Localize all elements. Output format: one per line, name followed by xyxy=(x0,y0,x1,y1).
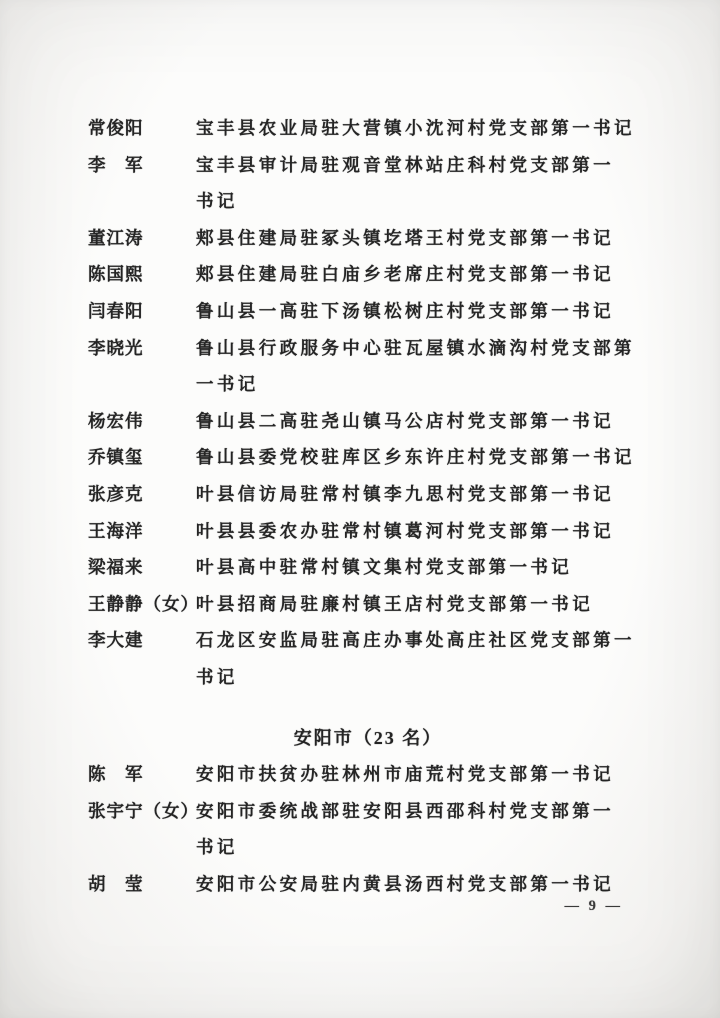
entry-position: 宝丰县农业局驻大营镇小沈河村党支部第一书记 xyxy=(196,110,644,147)
entry-row: 乔镇玺鲁山县委党校驻库区乡东许庄村党支部第一书记 xyxy=(88,439,648,476)
entry-position: 郏县住建局驻冢头镇圪塔王村党支部第一书记 xyxy=(196,220,644,257)
entry-row: 董江涛郏县住建局驻冢头镇圪塔王村党支部第一书记 xyxy=(88,220,648,257)
entry-position: 石龙区安监局驻高庄办事处高庄社区党支部第一 书记 xyxy=(196,622,644,695)
entry-name: 胡 莹 xyxy=(88,866,196,903)
entry-name: 李晓光 xyxy=(88,330,196,367)
entry-name: 杨宏伟 xyxy=(88,403,196,440)
entry-name: 董江涛 xyxy=(88,220,196,257)
section-header: 安阳市（23 名） xyxy=(88,720,648,757)
entry-row: 胡 莹安阳市公安局驻内黄县汤西村党支部第一书记 xyxy=(88,866,648,903)
entry-row: 王海洋叶县县委农办驻常村镇葛河村党支部第一书记 xyxy=(88,513,648,550)
entry-row: 李 军宝丰县审计局驻观音堂林站庄科村党支部第一 书记 xyxy=(88,147,648,220)
entry-name: 李 军 xyxy=(88,147,196,184)
entry-row: 王静静（女）叶县招商局驻廉村镇王店村党支部第一书记 xyxy=(88,586,648,623)
entry-row: 陈国熙郏县住建局驻白庙乡老席庄村党支部第一书记 xyxy=(88,256,648,293)
entry-position: 叶县高中驻常村镇文集村党支部第一书记 xyxy=(196,549,644,586)
entry-name: 梁福来 xyxy=(88,549,196,586)
entry-row: 闫春阳鲁山县一高驻下汤镇松树庄村党支部第一书记 xyxy=(88,293,648,330)
appointment-list: 常俊阳宝丰县农业局驻大营镇小沈河村党支部第一书记李 军宝丰县审计局驻观音堂林站庄… xyxy=(88,110,648,902)
entry-position: 鲁山县委党校驻库区乡东许庄村党支部第一书记 xyxy=(196,439,644,476)
entry-name: 陈国熙 xyxy=(88,256,196,293)
entry-position: 叶县信访局驻常村镇李九思村党支部第一书记 xyxy=(196,476,644,513)
entry-name: 王海洋 xyxy=(88,513,196,550)
entry-name: 陈 军 xyxy=(88,756,196,793)
entry-position: 叶县招商局驻廉村镇王店村党支部第一书记 xyxy=(196,586,644,623)
entry-row: 梁福来叶县高中驻常村镇文集村党支部第一书记 xyxy=(88,549,648,586)
entry-name: 张宇宁（女） xyxy=(88,793,196,830)
document-page: 常俊阳宝丰县农业局驻大营镇小沈河村党支部第一书记李 军宝丰县审计局驻观音堂林站庄… xyxy=(0,0,720,1018)
entry-position: 鲁山县一高驻下汤镇松树庄村党支部第一书记 xyxy=(196,293,644,330)
entry-position: 郏县住建局驻白庙乡老席庄村党支部第一书记 xyxy=(196,256,644,293)
entry-row: 李晓光鲁山县行政服务中心驻瓦屋镇水滴沟村党支部第 一书记 xyxy=(88,330,648,403)
entry-row: 张彦克叶县信访局驻常村镇李九思村党支部第一书记 xyxy=(88,476,648,513)
entry-name: 常俊阳 xyxy=(88,110,196,147)
entry-position: 安阳市公安局驻内黄县汤西村党支部第一书记 xyxy=(196,866,644,903)
entry-position: 叶县县委农办驻常村镇葛河村党支部第一书记 xyxy=(196,513,644,550)
entry-name: 李大建 xyxy=(88,622,196,659)
entry-row: 张宇宁（女）安阳市委统战部驻安阳县西邵科村党支部第一 书记 xyxy=(88,793,648,866)
entry-row: 杨宏伟鲁山县二高驻尧山镇马公店村党支部第一书记 xyxy=(88,403,648,440)
entry-name: 闫春阳 xyxy=(88,293,196,330)
entry-name: 张彦克 xyxy=(88,476,196,513)
entry-position: 安阳市委统战部驻安阳县西邵科村党支部第一 书记 xyxy=(196,793,644,866)
entry-name: 王静静（女） xyxy=(88,586,196,623)
entry-row: 陈 军安阳市扶贫办驻林州市庙荒村党支部第一书记 xyxy=(88,756,648,793)
page-number: — 9 — xyxy=(565,898,624,915)
entry-position: 鲁山县行政服务中心驻瓦屋镇水滴沟村党支部第 一书记 xyxy=(196,330,644,403)
entry-name: 乔镇玺 xyxy=(88,439,196,476)
entry-row: 常俊阳宝丰县农业局驻大营镇小沈河村党支部第一书记 xyxy=(88,110,648,147)
entry-row: 李大建石龙区安监局驻高庄办事处高庄社区党支部第一 书记 xyxy=(88,622,648,695)
entry-position: 鲁山县二高驻尧山镇马公店村党支部第一书记 xyxy=(196,403,644,440)
entry-position: 安阳市扶贫办驻林州市庙荒村党支部第一书记 xyxy=(196,756,644,793)
entry-position: 宝丰县审计局驻观音堂林站庄科村党支部第一 书记 xyxy=(196,147,644,220)
